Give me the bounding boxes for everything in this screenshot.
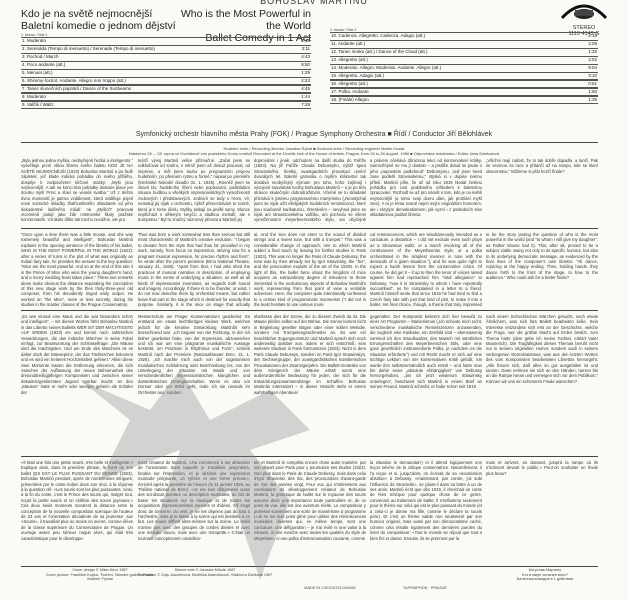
track-time: 1:29 (301, 70, 310, 77)
track-title: 10. Cadenza. Allegretto. Cadenza. Adagio… (331, 33, 425, 40)
liner-notes-en-column: “Once upon a time there was a little mou… (21, 232, 133, 308)
liner-notes-fr-column: main et arrivent, en dansant, jusqu'à la… (486, 460, 598, 564)
divider (21, 456, 598, 457)
liner-notes-fr-column: «Il était une fois une petite souris, tr… (21, 460, 133, 564)
credits-line-2: Natáčeno 26. – 28. srpna ve Dvořákově sí… (0, 151, 628, 156)
footer-notes-credits: Sleeve note © Jaroslav Mihule 1987 Trans… (135, 568, 275, 577)
title-cz-main: Kdo je na světě nejmocnější (21, 8, 176, 20)
liner-notes-cz-column: doprovázel i jinak: odchodem na další st… (254, 158, 366, 224)
track-title: 5. Menuet (att.) (22, 70, 53, 77)
track-time: 0:51 (588, 81, 597, 88)
subtitle-cz: Baletní komedie o jednom dějství (21, 20, 176, 32)
track-title: 16. Allegretto (att.) (331, 81, 368, 88)
track-title: 15. Allegretto. Adagio (att.) (331, 73, 384, 80)
track-title: 2. Serenáda (Tempo di menuetto) / Serena… (22, 46, 155, 53)
track-row: 18. (Finále) Allegro1:35 (330, 96, 598, 105)
divider (21, 566, 598, 567)
track-time: 7:28 (301, 102, 310, 109)
title-en-main: Who is the Most Powerful in the World (180, 8, 311, 32)
track-title: 14. Moderato. Allegro. Moderato. Andante… (331, 65, 441, 72)
track-title: 8. Moderato (22, 94, 46, 101)
liner-notes-cz-column: tvůrčí vývoj Martinů velice příznačné. „… (138, 158, 250, 224)
track-time: 8:50 (301, 62, 310, 69)
liner-notes-en-column: al. And the Sun does not enter to the so… (254, 232, 366, 308)
divider (21, 228, 598, 229)
liner-notes-cz-column: „Byla jednou jedna myška, neobyčejně hez… (21, 158, 133, 224)
track-title: 1. Moderato (22, 38, 46, 45)
performers: Symfonický orchestr hlavního města Prahy… (0, 131, 628, 138)
track-title: 6. Shimmy-foxtrot. Andante. Allegro non … (22, 78, 126, 85)
liner-notes-cz-column: a právem očekává důraznou lekci od konze… (370, 158, 482, 224)
track-title: 9. Valčík / Waltz (22, 102, 54, 109)
divider (21, 310, 598, 311)
supraphon-prague: SUPRAPHON · PRAGUE (385, 586, 465, 591)
track-title: 7. Tanec slunečních paprsků / Dance of t… (22, 86, 131, 93)
record-sleeve-back: BOHUSLAV MARTINŮ Kdo je na světě nejmocn… (0, 0, 628, 600)
footer-russian-title: Богуслав Мартину Кто в мире сильнее всех… (490, 568, 600, 582)
liner-notes-de-column: überlasse dies der Szene, die zu diesem … (254, 314, 366, 454)
track-row: 9. Valčík / Waltz7:28 (21, 101, 311, 110)
track-title: 17. Polka. Andante (331, 89, 369, 96)
liner-notes-fr-column: la situation le demandait») et il attend… (370, 460, 482, 564)
liner-notes-en-column: cal reminiscences, which are simultaneou… (370, 232, 482, 308)
track-time: 3:10 (588, 73, 597, 80)
liner-notes-cz-column: „Všichni mají radost, že to tak dobře do… (486, 158, 598, 224)
track-time: 2:23 (301, 78, 310, 85)
liner-notes-de-column: „Es war einmal eine Maus und die war bes… (21, 314, 133, 454)
track-title: 11. Andante (att.) (331, 41, 365, 48)
track-time: 4:45 (301, 86, 310, 93)
track-title: 4. Poco andante (att.) (22, 62, 65, 69)
track-title: 3. Pochod / March (22, 54, 59, 61)
liner-notes-fr-column: ment créateur de Martinů. «J'ai commencé… (138, 460, 250, 564)
track-time: 2:18 (301, 38, 310, 45)
side-2-tracklist: 2. strana / Side 2 10. Cadenza. Allegret… (330, 27, 598, 104)
track-title: 12. Tanec mraku (att.) / Dance of the Cl… (331, 49, 427, 56)
liner-notes-en-column: Thus was born a work somewhat less than … (138, 232, 250, 308)
liner-notes-de-column: nach einem tschechischen Märchen gesucht… (486, 314, 598, 454)
track-time: 1:50 (588, 89, 597, 96)
liner-notes-de-column: gegenüber. Der Komponist bekennt sich hi… (370, 314, 482, 454)
side-1-tracklist: 1. strana / Side 1 1. Moderato2:182. Ser… (21, 32, 311, 109)
track-title: 13. Allegretto (att.) (331, 57, 368, 64)
title-czech: Kdo je na světě nejmocnější Baletní kome… (21, 8, 176, 32)
divider (21, 142, 598, 143)
track-time: 3:11 (302, 46, 310, 53)
track-time: 4:43 (301, 54, 310, 61)
track-time: 2:02 (588, 57, 597, 64)
composer-name: BOHUSLAV MARTINŮ (0, 0, 628, 6)
liner-notes-de-column: Meisterschule am Prager Konservatorium g… (138, 314, 250, 454)
liner-notes-en-column: to be the story posing the question of w… (486, 232, 598, 308)
lion-emblem-icon (559, 0, 609, 20)
track-time: 1:32 (588, 49, 597, 56)
liner-notes-fr-column: ble et Martinů le compléta encore d'une … (254, 460, 366, 564)
track-time: 4:19 (588, 33, 597, 40)
made-in: MADE IN CZECHOSLOVAKIA (290, 586, 370, 591)
track-time: 1:35 (588, 97, 597, 104)
track-title: 18. (Finále) Allegro (331, 97, 369, 104)
track-time: 1:44 (301, 94, 310, 101)
track-time: 2:08 (588, 41, 597, 48)
track-time: 9:04 (588, 65, 597, 72)
